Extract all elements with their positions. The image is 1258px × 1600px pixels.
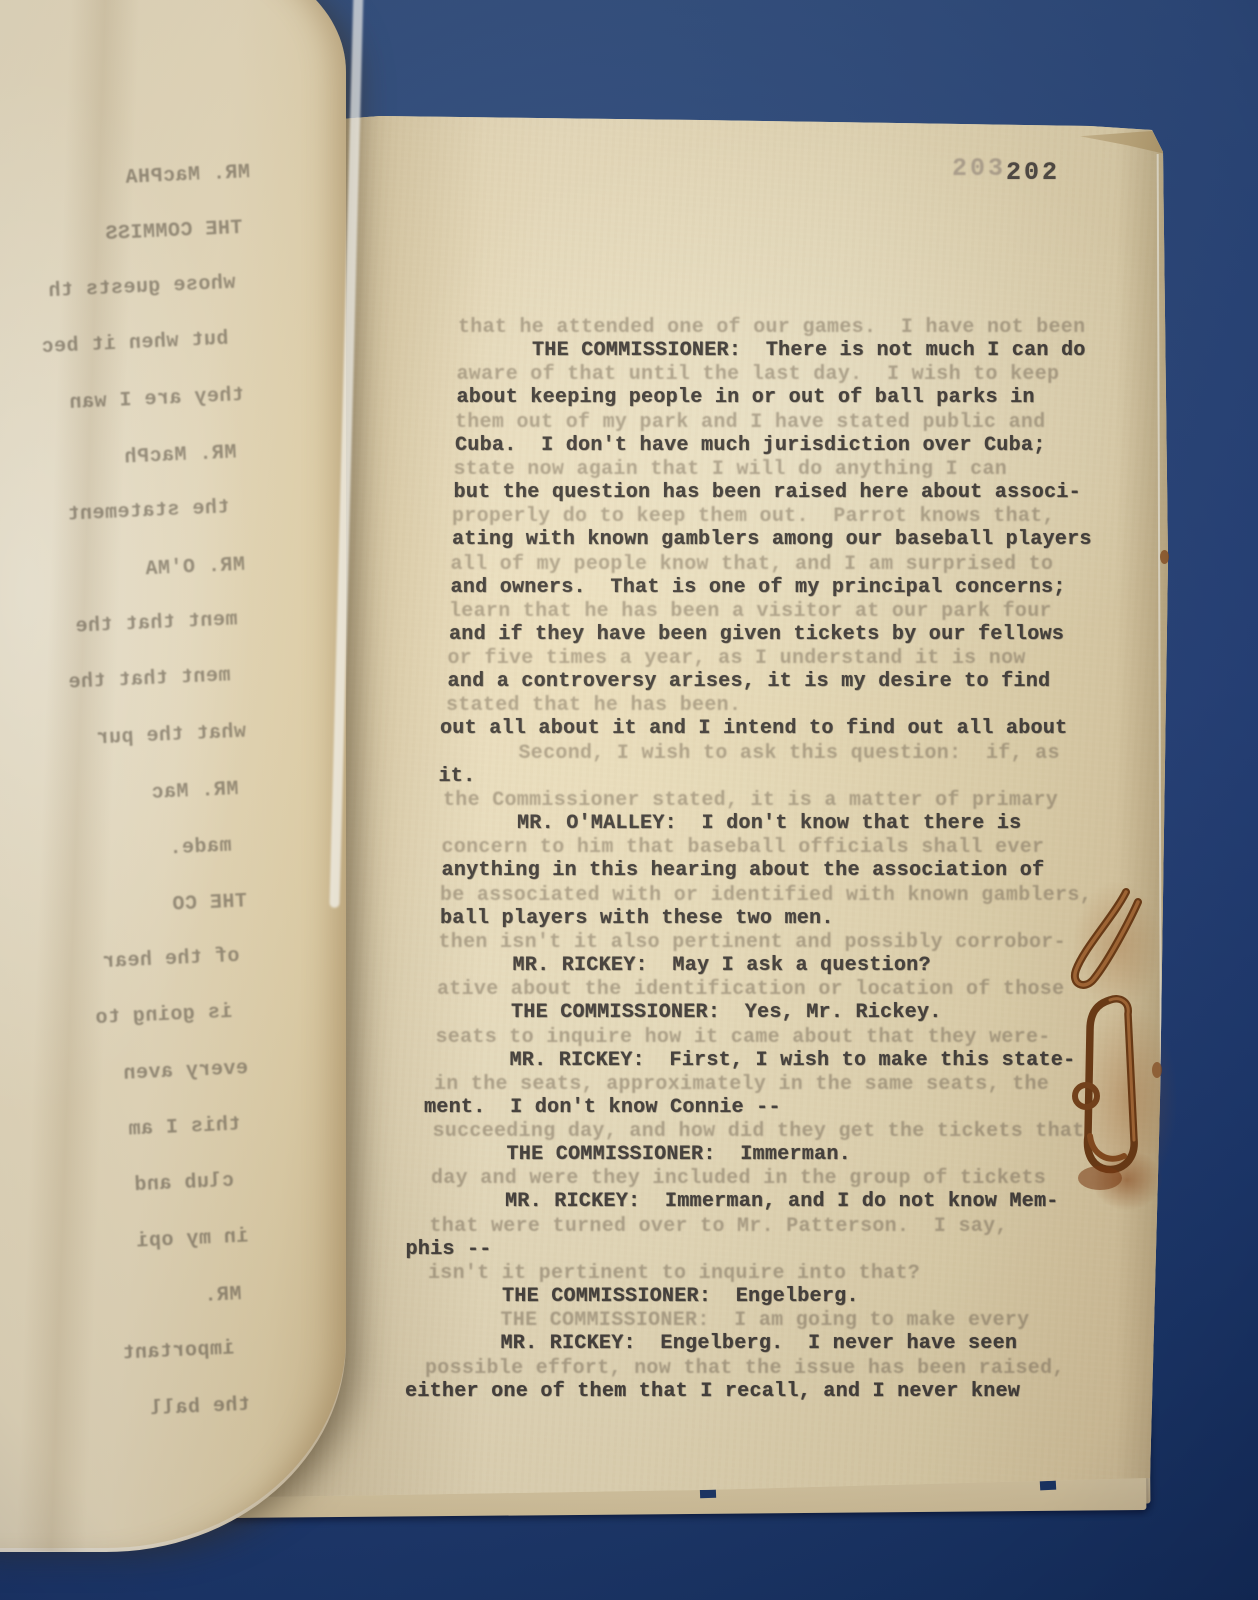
bleed-line: THE COMMISSIONER: I am going to make eve… <box>501 1309 1030 1332</box>
typed-line: out all about it and I intend to find ou… <box>440 717 1067 740</box>
typed-line: either one of them that I recall, and I … <box>405 1380 1020 1403</box>
typed-line: it. <box>439 765 476 788</box>
bleed-line: or five times a year, as I understand it… <box>448 647 1026 670</box>
typed-line: THE COMMISSIONER: Yes, Mr. Rickey. <box>511 1001 942 1024</box>
mirrored-line: MR. O'MA <box>145 554 246 582</box>
mirrored-line: THE COMMISS <box>105 217 243 246</box>
page-right-edge <box>1157 154 1164 1474</box>
photo-scene: 203 202 that he attended one of our game… <box>0 0 1258 1600</box>
bleed-line: that were turned over to Mr. Patterson. … <box>430 1215 1008 1238</box>
rust-speck <box>1160 550 1169 564</box>
bleed-line: state now again that I will do anything … <box>454 458 1008 481</box>
bleed-line: properly do to keep them out. Parrot kno… <box>452 505 1055 528</box>
bleed-line: ative about the identification or locati… <box>437 978 1064 1001</box>
bleed-line: possible effort, now that the issue has … <box>425 1357 1065 1380</box>
typed-line: ball players with these two men. <box>440 907 834 930</box>
ghost-page-number: 203 <box>952 154 1006 183</box>
typed-line: ment. I don't know Connie -- <box>424 1096 781 1119</box>
typed-line: phis -- <box>406 1238 492 1261</box>
mirrored-line: they are I wan <box>69 384 245 415</box>
bleed-line: day and were they included in the group … <box>431 1167 1046 1190</box>
bleed-line: then isn't it also pertinent and possibl… <box>439 931 1066 954</box>
previous-pages-stack: MR. MacPHATHE COMMISSwhose guests thbut … <box>0 0 346 1552</box>
typed-line: THE COMMISSIONER: Immerman. <box>507 1143 851 1166</box>
right-edge-shade <box>1110 112 1170 1504</box>
page-edge-nick <box>700 1489 716 1499</box>
rusted-paperclip-icon <box>1038 878 1190 1202</box>
bleed-line: in the seats, approximately in the same … <box>434 1073 1049 1096</box>
mirrored-line: the ball <box>150 1394 251 1422</box>
mirrored-line: but when it bec <box>41 328 229 359</box>
mirrored-line: in my opi <box>136 1225 249 1253</box>
bleed-line: them out of my park and I have stated pu… <box>455 411 1046 434</box>
mirrored-line: every aven <box>123 1057 249 1086</box>
mirrored-line: MR. MacPh <box>124 441 237 469</box>
typed-line: MR. RICKEY: May I ask a question? <box>513 954 931 977</box>
typed-line: ating with known gamblers among our base… <box>452 528 1092 551</box>
mirrored-line: what the pur <box>96 721 247 751</box>
typed-line: MR. O'MALLEY: I don't know that there is <box>517 812 1021 835</box>
mirrored-line: of the hear <box>102 945 240 974</box>
bleed-line: stated that he has been. <box>446 694 741 717</box>
mirrored-line: made. <box>169 835 232 861</box>
mirrored-line: the statement <box>67 496 230 526</box>
typed-line: MR. RICKEY: Engelberg. I never have seen <box>501 1332 1018 1355</box>
bleed-line: isn't it pertinent to inquire into that? <box>428 1262 920 1285</box>
mirrored-line: is going to <box>95 1001 233 1030</box>
mirrored-line: ment that the <box>68 664 231 694</box>
typed-line: and a controversy arises, it is my desir… <box>448 670 1051 693</box>
corner-fold <box>1080 120 1166 156</box>
mirrored-line: THE CO <box>172 890 248 916</box>
typed-line: and if they have been given tickets by o… <box>449 623 1064 646</box>
mirrored-line: this I am <box>128 1113 241 1141</box>
mirrored-line: club and <box>134 1170 235 1198</box>
typed-line: but the question has been raised here ab… <box>454 481 1081 504</box>
typed-line: THE COMMISSIONER: Engelberg. <box>502 1285 859 1308</box>
typed-line: Cuba. I don't have much jurisdiction ove… <box>455 434 1046 457</box>
typed-line: MR. RICKEY: Immerman, and I do not know … <box>505 1190 1059 1213</box>
typed-line: and owners. That is one of my principal … <box>451 576 1066 599</box>
mirrored-line: whose guests th <box>48 272 236 303</box>
page-edge-nick <box>1040 1481 1056 1491</box>
bleed-line: concern to him that baseball officials s… <box>442 836 1045 859</box>
page-top-edge <box>375 109 1155 122</box>
mirrored-line: ment that the <box>75 608 238 638</box>
bleed-line: succeeding day, and how did they get the… <box>433 1120 1085 1143</box>
mirrored-line: MR. MacPHA <box>125 161 251 190</box>
bleed-line: be associated with or identified with kn… <box>440 884 1092 907</box>
bleed-line: the Commissioner stated, it is a matter … <box>443 789 1058 812</box>
bleed-line: Second, I wish to ask this question: if,… <box>519 742 1060 765</box>
bleed-line: that he attended one of our games. I hav… <box>458 316 1085 339</box>
bleed-line: seats to inquire how it came about that … <box>436 1026 1051 1049</box>
typed-line: anything in this hearing about the assoc… <box>442 859 1045 882</box>
typed-line: about keeping people in or out of ball p… <box>457 386 1035 409</box>
bleed-line: learn that he has been a visitor at our … <box>449 600 1052 623</box>
mirrored-line: important <box>122 1337 235 1365</box>
typed-line: MR. RICKEY: First, I wish to make this s… <box>510 1049 1076 1072</box>
bleed-line: aware of that until the last day. I wish… <box>457 363 1060 386</box>
mirrored-line: MR. <box>204 1283 243 1308</box>
bleed-line: all of my people know that, and I am sur… <box>451 553 1054 576</box>
mirrored-line: MR. Mac <box>151 778 239 805</box>
page-number: 202 <box>1006 158 1060 187</box>
typed-line: THE COMMISSIONER: There is not much I ca… <box>532 339 1086 362</box>
